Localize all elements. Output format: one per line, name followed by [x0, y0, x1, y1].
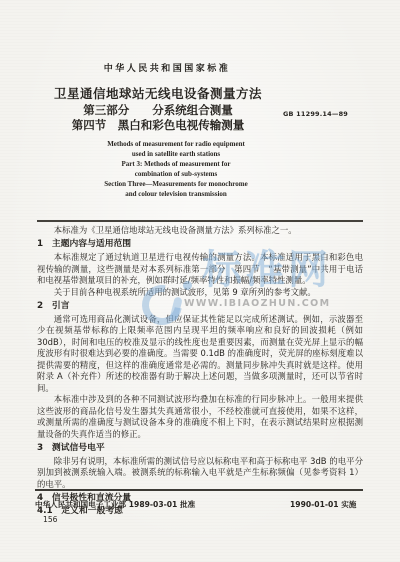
standard-code: GB 11299.14—89	[283, 110, 348, 118]
section-3-heading: 3 测试信号电平	[37, 443, 363, 454]
section-3-paragraph-1: 除非另有说明，本标准所需的测试信号应以标称电平和高于标称电平 3dB 的电平分别…	[37, 456, 363, 491]
section-1-paragraph-1: 本标准规定了通过轨道卫星进行电视传输的测量方法。本标准适用于黑白和彩色电视传输的…	[37, 252, 363, 287]
title-en-line-4: combination of sub-systems	[0, 169, 352, 179]
title-en-line-6: and colour television transmission	[0, 189, 352, 199]
title-en-line-3: Part 3: Methods of measurement for	[0, 159, 352, 169]
foreword-paragraph: 本标准为《卫星通信地球站无线电设备测量方法》系列标准之一。	[37, 225, 363, 237]
section-1-paragraph-2: 关于目前各种电视系统所适用的测试波形，见第 9 章所列的参考文献。	[37, 287, 363, 299]
document-body: 本标准为《卫星通信地球站无线电设备测量方法》系列标准之一。 1 主题内容与适用范…	[37, 220, 363, 519]
section-2-paragraph-1: 通常可选用商品化测试设备，但应保证其性能足以完成所述测试。例如，示波器至少在视频…	[37, 314, 363, 395]
section-4-heading: 4 信号极性和直流分量	[37, 493, 363, 504]
title-en-line-2: used in satellite earth stations	[0, 149, 352, 159]
standards-body-line: 中华人民共和国国家标准	[0, 61, 334, 74]
scanned-standard-page: 标准网 WWW.IBIAOZHUN.COM 中华人民共和国国家标准 卫星通信地球…	[0, 0, 400, 562]
section-2-heading: 2 引言	[37, 301, 363, 312]
document-part-line: 第三部分 分系统组合测量	[0, 102, 316, 118]
title-en-line-1: Methods of measurement for radio equipme…	[0, 139, 352, 149]
document-title-cn: 卫星通信地球站无线电设备测量方法	[0, 84, 316, 102]
document-title-en: Methods of measurement for radio equipme…	[0, 139, 352, 200]
section-4-1-heading: 4.1 定义和一般考虑	[37, 506, 363, 517]
header-divider	[37, 220, 363, 222]
title-en-line-5: Section Three—Measurements for monochrom…	[0, 179, 352, 189]
section-1-heading: 1 主题内容与适用范围	[37, 239, 363, 250]
document-section-line: 第四节 黑白和彩色电视传输测量	[0, 117, 316, 133]
section-2-paragraph-2: 本标准中涉及到的各种不同测试波形均叠加在标准的行同步脉冲上。一般用来提供这些波形…	[37, 394, 363, 440]
